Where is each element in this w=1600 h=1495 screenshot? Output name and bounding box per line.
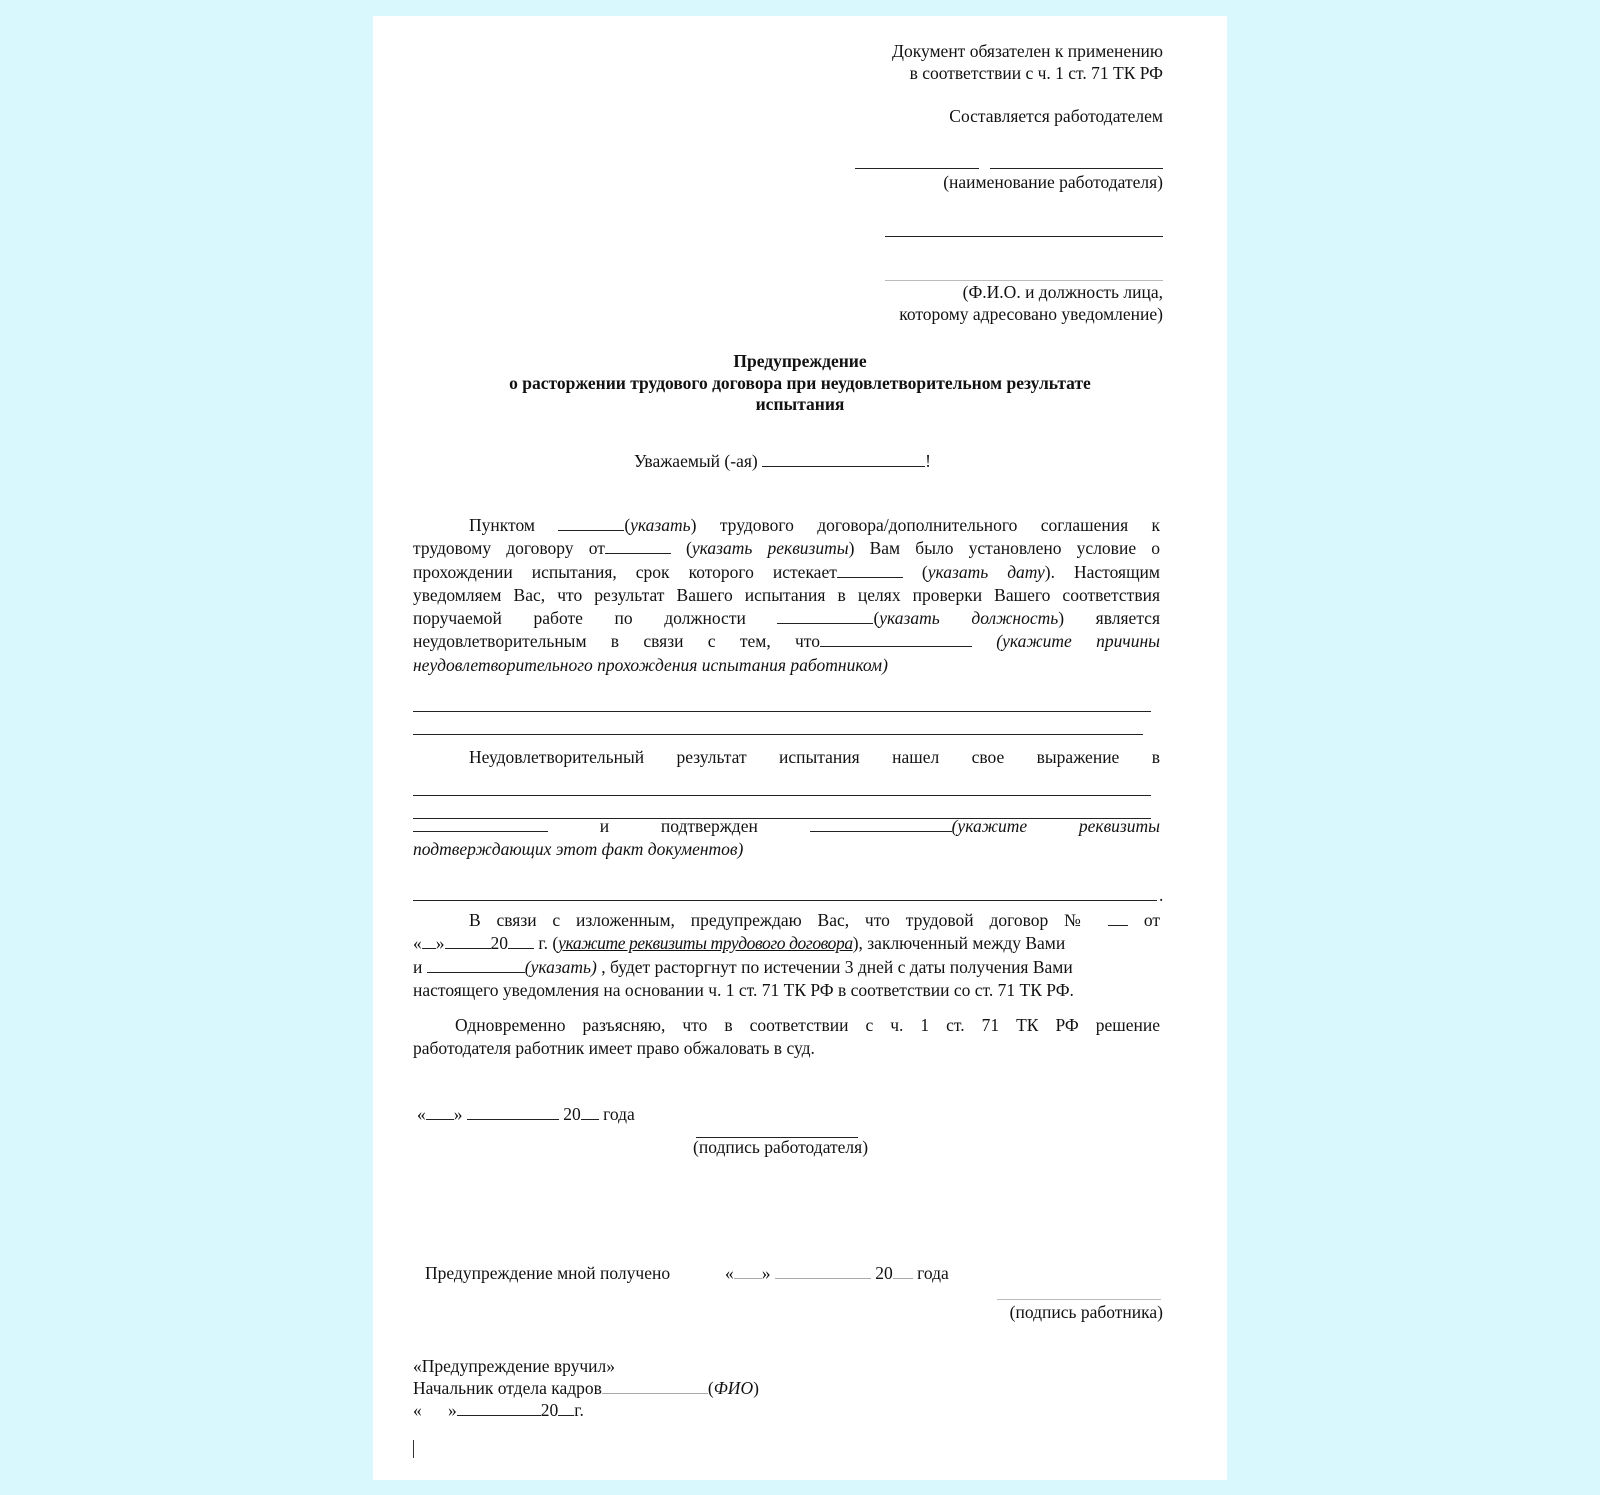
employee-receipt-label: Предупреждение мной получено	[425, 1262, 670, 1284]
text-cursor	[413, 1440, 414, 1458]
contract-month-field[interactable]	[445, 933, 491, 949]
employee-name-field[interactable]	[427, 957, 525, 973]
paragraph-probation-terms: Пунктом (указать) трудового договора/доп…	[413, 514, 1160, 677]
addressee-name-field[interactable]	[762, 451, 925, 467]
result-expression-line-1[interactable]	[413, 795, 1151, 796]
addressee-caption-1: (Ф.И.О. и должность лица,	[963, 281, 1163, 303]
employer-name-field-2[interactable]	[990, 168, 1163, 169]
end-period: .	[1159, 884, 1163, 906]
paragraph-unsatisfactory-result: Неудовлетворительный результат испытания…	[413, 746, 1160, 769]
greeting-prefix: Уважаемый (-ая)	[634, 451, 758, 471]
reason-line-1[interactable]	[413, 711, 1151, 712]
employer-sign-date: «» 20 года	[417, 1103, 635, 1125]
greeting: Уважаемый (-ая) !	[634, 450, 931, 472]
position-field[interactable]	[777, 608, 873, 624]
employer-sign-month-field[interactable]	[467, 1104, 559, 1120]
employer-signature-caption: (подпись работодателя)	[693, 1136, 868, 1158]
receipt-year-field[interactable]	[893, 1263, 913, 1279]
reason-line-2[interactable]	[413, 734, 1143, 735]
probation-end-date-field[interactable]	[837, 562, 903, 578]
clause-number-field[interactable]	[558, 515, 624, 531]
supporting-docs-field[interactable]	[810, 816, 952, 832]
document-page: Документ обязателен к применению в соотв…	[373, 16, 1227, 1480]
contract-year-field[interactable]	[508, 933, 534, 949]
contract-day-field[interactable]	[422, 933, 436, 949]
document-title: Предупреждение	[373, 350, 1227, 372]
employee-signature-field[interactable]	[997, 1299, 1161, 1300]
greeting-suffix: !	[925, 451, 931, 471]
addressee-field-1[interactable]	[885, 236, 1163, 237]
employee-receipt-date: «» 20 года	[725, 1262, 949, 1284]
document-subtitle-line2: испытания	[373, 393, 1227, 415]
receipt-day-field[interactable]	[734, 1263, 762, 1279]
paragraph-confirmation: и подтвержден (укажите реквизиты подтвер…	[413, 815, 1160, 862]
employer-sign-year-field[interactable]	[581, 1104, 599, 1120]
document-subtitle-line1: о расторжении трудового договора при неу…	[373, 372, 1227, 394]
handover-hr-head: Начальник отдела кадров(ФИО)	[413, 1377, 759, 1399]
contract-number-field[interactable]	[1108, 910, 1128, 926]
employer-sign-day-field[interactable]	[426, 1104, 454, 1120]
employer-name-field-1[interactable]	[855, 168, 979, 169]
paragraph-termination-notice: В связи с изложенным, предупреждаю Вас, …	[413, 909, 1160, 1002]
employer-name-caption: (наименование работодателя)	[943, 171, 1163, 193]
hr-head-signature-field[interactable]	[602, 1378, 708, 1394]
contract-date-field[interactable]	[605, 538, 671, 554]
addressee-caption-2: которому адресовано уведомление)	[899, 303, 1163, 325]
result-expression-field[interactable]	[413, 816, 548, 832]
reason-field[interactable]	[820, 631, 972, 647]
supporting-docs-line[interactable]	[413, 900, 1157, 901]
handover-date: « »20г.	[413, 1399, 584, 1421]
header-obligation-line1: Документ обязателен к применению	[892, 40, 1163, 62]
employee-signature-caption: (подпись работника)	[1010, 1301, 1163, 1323]
header-composed-by: Составляется работодателем	[949, 105, 1163, 127]
handover-month-field[interactable]	[457, 1400, 541, 1416]
handover-title: «Предупреждение вручил»	[413, 1355, 615, 1377]
paragraph-appeal-right: Одновременно разъясняю, что в соответств…	[413, 1014, 1160, 1061]
header-obligation-line2: в соответствии с ч. 1 ст. 71 ТК РФ	[910, 62, 1163, 84]
receipt-month-field[interactable]	[775, 1263, 871, 1279]
handover-year-field[interactable]	[558, 1400, 574, 1416]
